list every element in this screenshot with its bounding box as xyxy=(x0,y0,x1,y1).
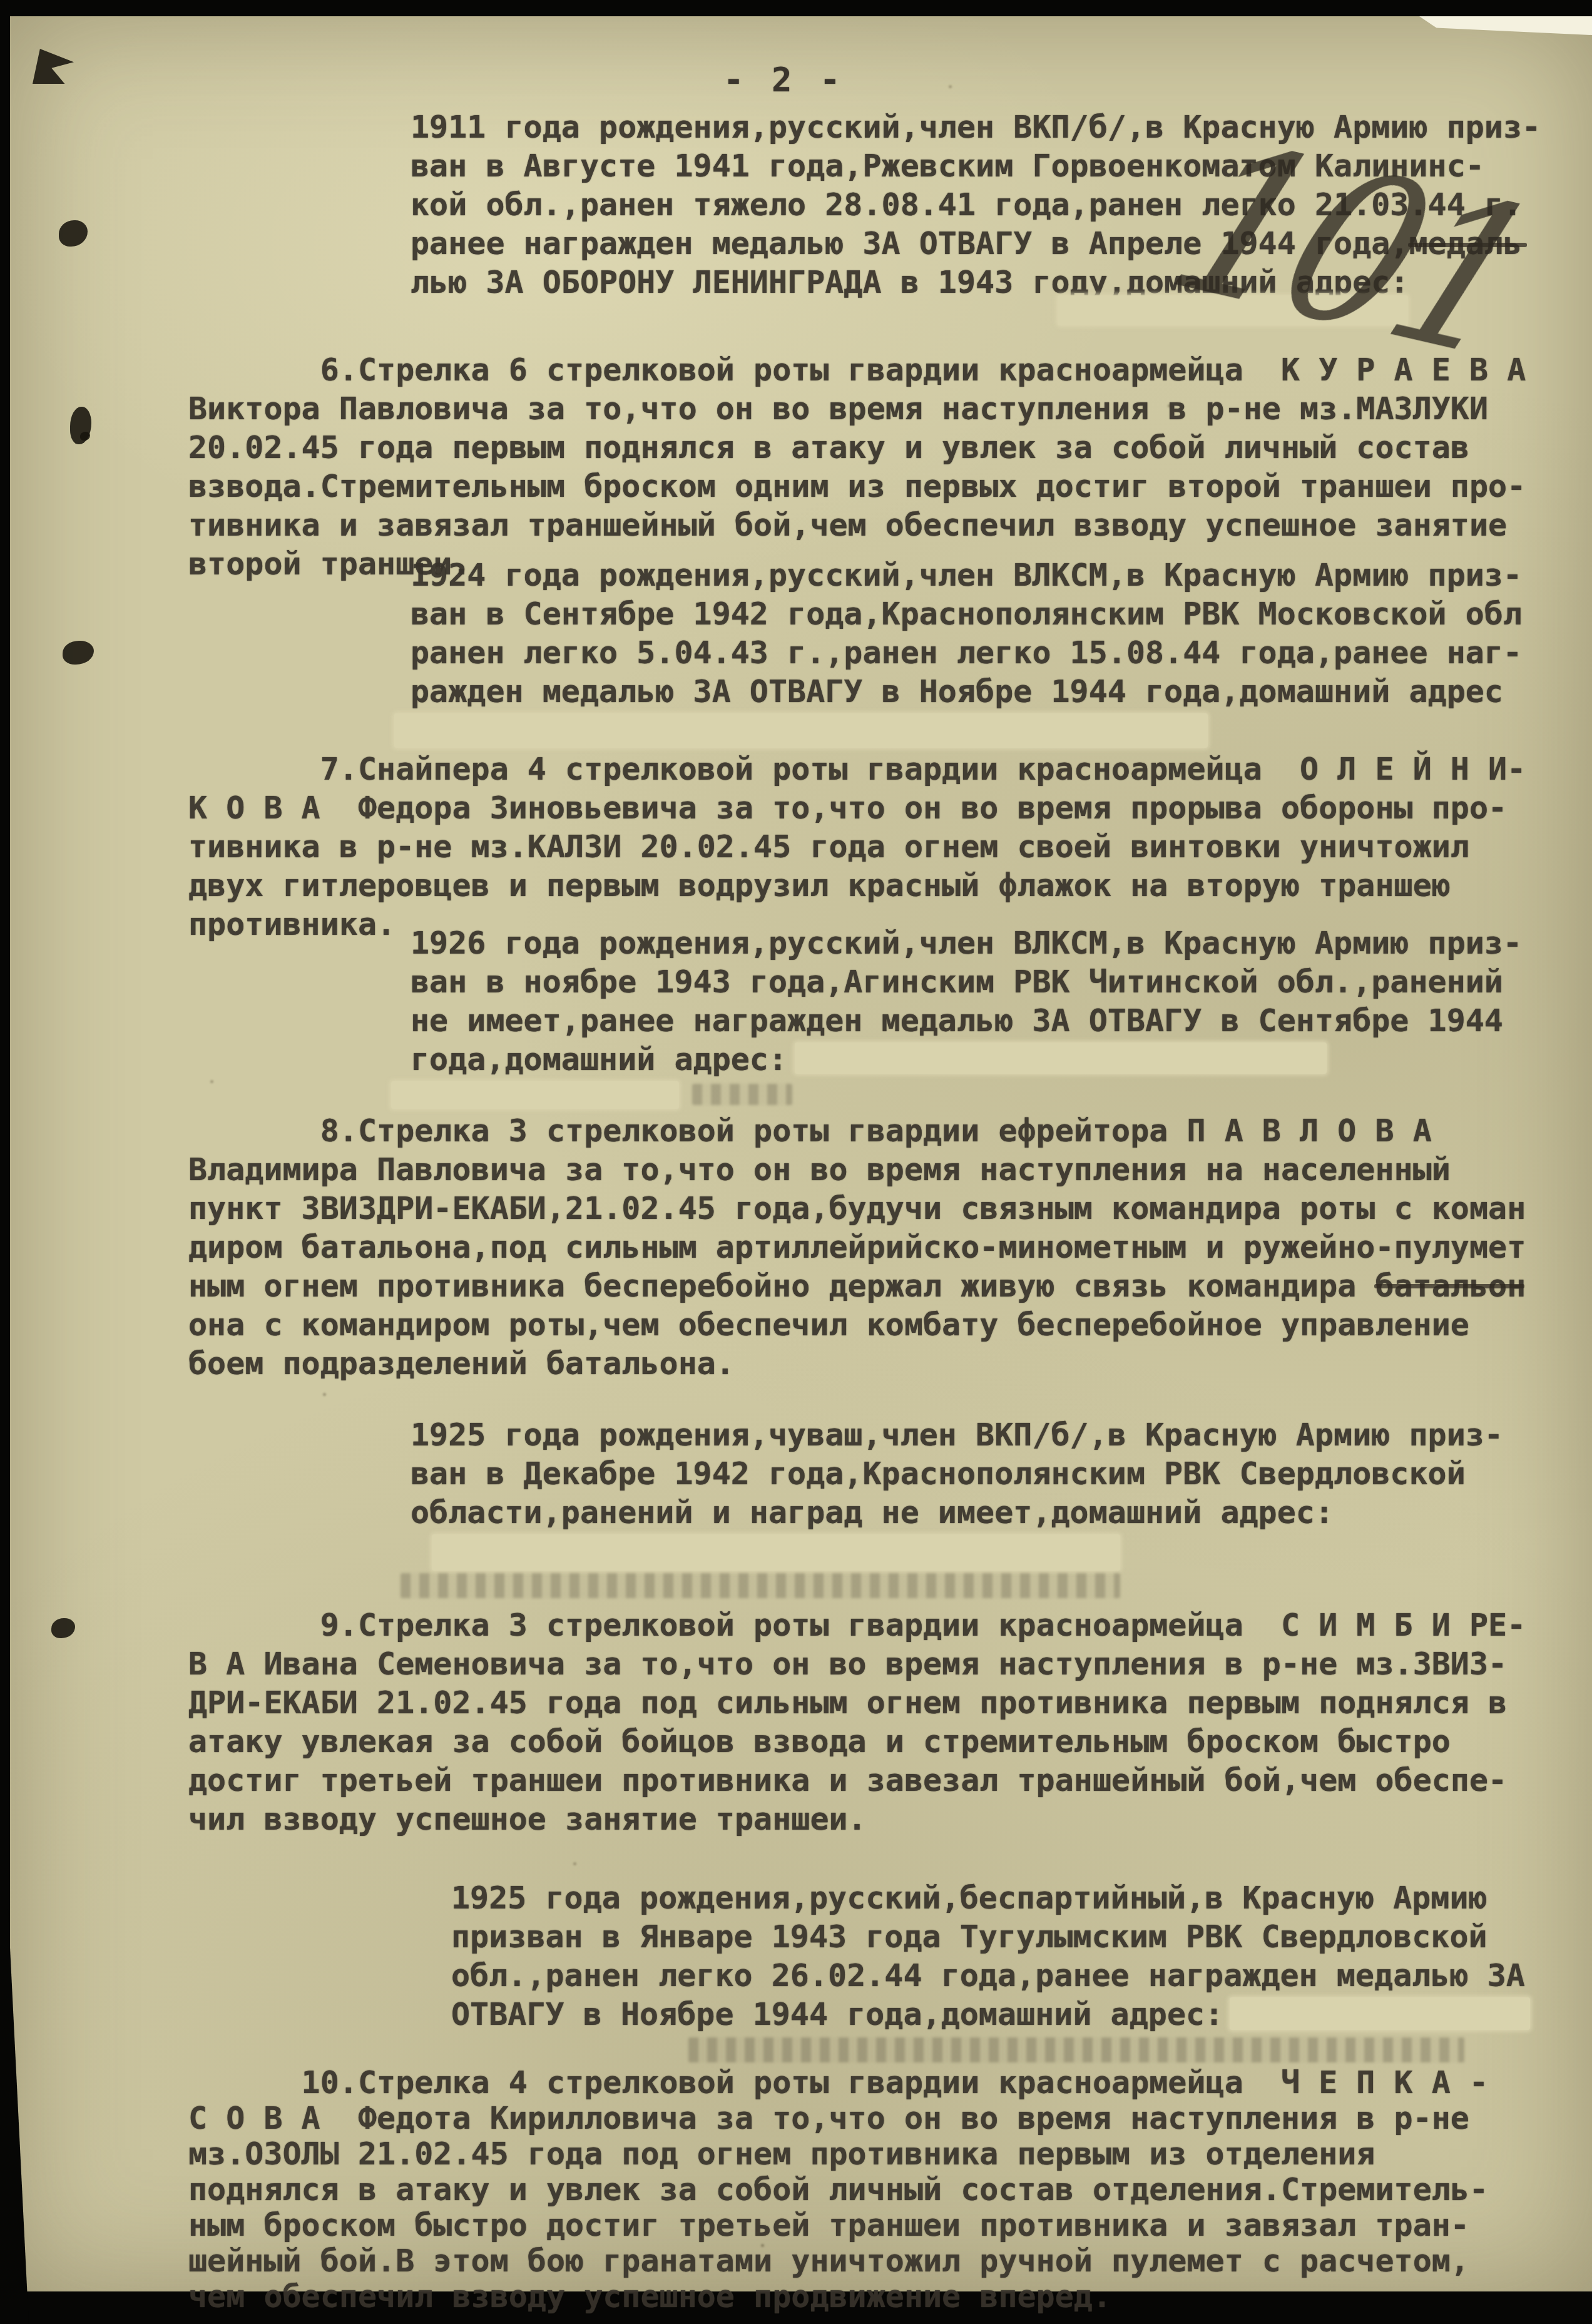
text-line: ранен легко 5.04.43 г.,ранен легко 15.08… xyxy=(411,633,1522,672)
page-number: - 2 - xyxy=(723,60,844,99)
text-line: области,ранений и наград не имеет,домашн… xyxy=(411,1493,1503,1532)
text-line: ван в Сентябре 1942 года,Краснополянским… xyxy=(411,594,1522,633)
ink-stain-blob xyxy=(59,220,88,247)
text-line: ДРИ-ЕКАБИ 21.02.45 года под сильным огне… xyxy=(188,1683,1526,1722)
text-line: тивника в р-не мз.КАЛЗИ 20.02.45 года ог… xyxy=(188,827,1526,866)
text-line: не имеет,ранее награжден медалью ЗА ОТВА… xyxy=(411,1001,1522,1040)
bio-paragraph-1925-chuvash: 1925 года рождения,чуваш,член ВКП/б/,в К… xyxy=(411,1415,1503,1532)
text-line: Виктора Павловича за то,что он во время … xyxy=(188,389,1526,428)
text-line: Владимира Павловича за то,что он во врем… xyxy=(188,1150,1526,1189)
text-line: ван в ноябре 1943 года,Агинским РВК Чити… xyxy=(411,962,1522,1001)
text-line: 1925 года рождения,чуваш,член ВКП/б/,в К… xyxy=(411,1415,1503,1454)
text-line: С О В А Федота Кирилловича за то,что он … xyxy=(188,2101,1488,2136)
redaction-patch xyxy=(394,713,1208,748)
text-line: она с командиром роты,чем обеспечил комб… xyxy=(188,1305,1526,1344)
item-8-pavlov: 8.Стрелка 3 стрелковой роты гвардии ефре… xyxy=(188,1111,1526,1383)
text-line: боем подразделений батальона. xyxy=(188,1344,1526,1383)
text-line: В А Ивана Семеновича за то,что он во вре… xyxy=(188,1644,1526,1683)
text-line: ным огнем противника бесперебойно держал… xyxy=(188,1266,1526,1305)
text-line: ным броском быстро достиг третьей транше… xyxy=(188,2208,1488,2243)
text-line: призван в Январе 1943 года Тугулымским Р… xyxy=(451,1917,1525,1956)
text-line: мз.ОЗОЛЫ 21.02.45 года под огнем противн… xyxy=(188,2136,1488,2172)
text-line: 1926 года рождения,русский,член ВЛКСМ,в … xyxy=(411,924,1522,962)
redaction-patch xyxy=(795,1042,1327,1074)
text-line: чем обеспечил взводу успешное продвижени… xyxy=(188,2279,1488,2315)
erased-text-smudge xyxy=(692,1084,792,1105)
redaction-patch xyxy=(432,1534,1120,1571)
bio-paragraph-1924: 1924 года рождения,русский,член ВЛКСМ,в … xyxy=(411,556,1522,711)
text-line: взвода.Стремительным броском одним из пе… xyxy=(188,467,1526,506)
text-line: чил взводу успешное занятие траншеи. xyxy=(188,1800,1526,1838)
item-10-chepkasov: 10.Стрелка 4 стрелковой роты гвардии кра… xyxy=(188,2065,1488,2315)
text-line: шейный бой.В этом бою гранатами уничтожи… xyxy=(188,2243,1488,2279)
document-page: - 2 - 1911 года рождения,русский,член ВК… xyxy=(10,16,1592,2291)
erased-text-smudge xyxy=(401,1573,1120,1598)
scanned-document: { "page": { "number_label": "- 2 -" }, "… xyxy=(0,0,1592,2324)
text-line: К О В А Федора Зиновьевича за то,что он … xyxy=(188,788,1526,827)
text-line: ван в Декабре 1942 года,Краснополянским … xyxy=(411,1454,1503,1493)
text-line: поднялся в атаку и увлек за собой личный… xyxy=(188,2172,1488,2208)
text-line: 10.Стрелка 4 стрелковой роты гвардии кра… xyxy=(188,2065,1488,2101)
text-line: ражден медалью ЗА ОТВАГУ в Ноябре 1944 г… xyxy=(411,672,1522,711)
text-line: 9.Стрелка 3 стрелковой роты гвардии крас… xyxy=(188,1606,1526,1644)
redaction-patch xyxy=(1230,1997,1530,2030)
item-6-kuraev: 6.Стрелка 6 стрелковой роты гвардии крас… xyxy=(188,350,1526,583)
text-line: достиг третьей траншеи противника и заве… xyxy=(188,1761,1526,1800)
text-line: обл.,ранен легко 26.02.44 года,ранее наг… xyxy=(451,1956,1525,1995)
ink-strikethrough xyxy=(1374,1284,1524,1288)
text-line: двух гитлеровцев и первым водрузил красн… xyxy=(188,866,1526,905)
ink-stain-blob xyxy=(80,432,90,441)
text-line: 8.Стрелка 3 стрелковой роты гвардии ефре… xyxy=(188,1111,1526,1150)
item-7-oleynikov: 7.Снайпера 4 стрелковой роты гвардии кра… xyxy=(188,750,1526,944)
text-line: пункт ЗВИЗДРИ-ЕКАБИ,21.02.45 года,будучи… xyxy=(188,1189,1526,1228)
redaction-patch xyxy=(391,1081,679,1109)
text-line: диром батальона,под сильным артиллейрийс… xyxy=(188,1228,1526,1266)
text-line: 7.Снайпера 4 стрелковой роты гвардии кра… xyxy=(188,750,1526,788)
ink-stain-blob xyxy=(63,641,94,665)
paper-corner-notch xyxy=(1419,16,1592,35)
dust-specks xyxy=(10,16,13,19)
ink-stain-blob xyxy=(51,1618,75,1638)
item-9-simbirev: 9.Стрелка 3 стрелковой роты гвардии крас… xyxy=(188,1606,1526,1838)
text-line: 1924 года рождения,русский,член ВЛКСМ,в … xyxy=(411,556,1522,594)
text-line: тивника и завязал траншейный бой,чем обе… xyxy=(188,506,1526,544)
erased-text-smudge xyxy=(688,2037,1464,2062)
text-line: атаку увлекая за собой бойцов взвода и с… xyxy=(188,1722,1526,1761)
ink-mark-arrow xyxy=(33,49,74,84)
text-line: 20.02.45 года первым поднялся в атаку и … xyxy=(188,428,1526,467)
text-line: 1925 года рождения,русский,беспартийный,… xyxy=(451,1878,1525,1917)
